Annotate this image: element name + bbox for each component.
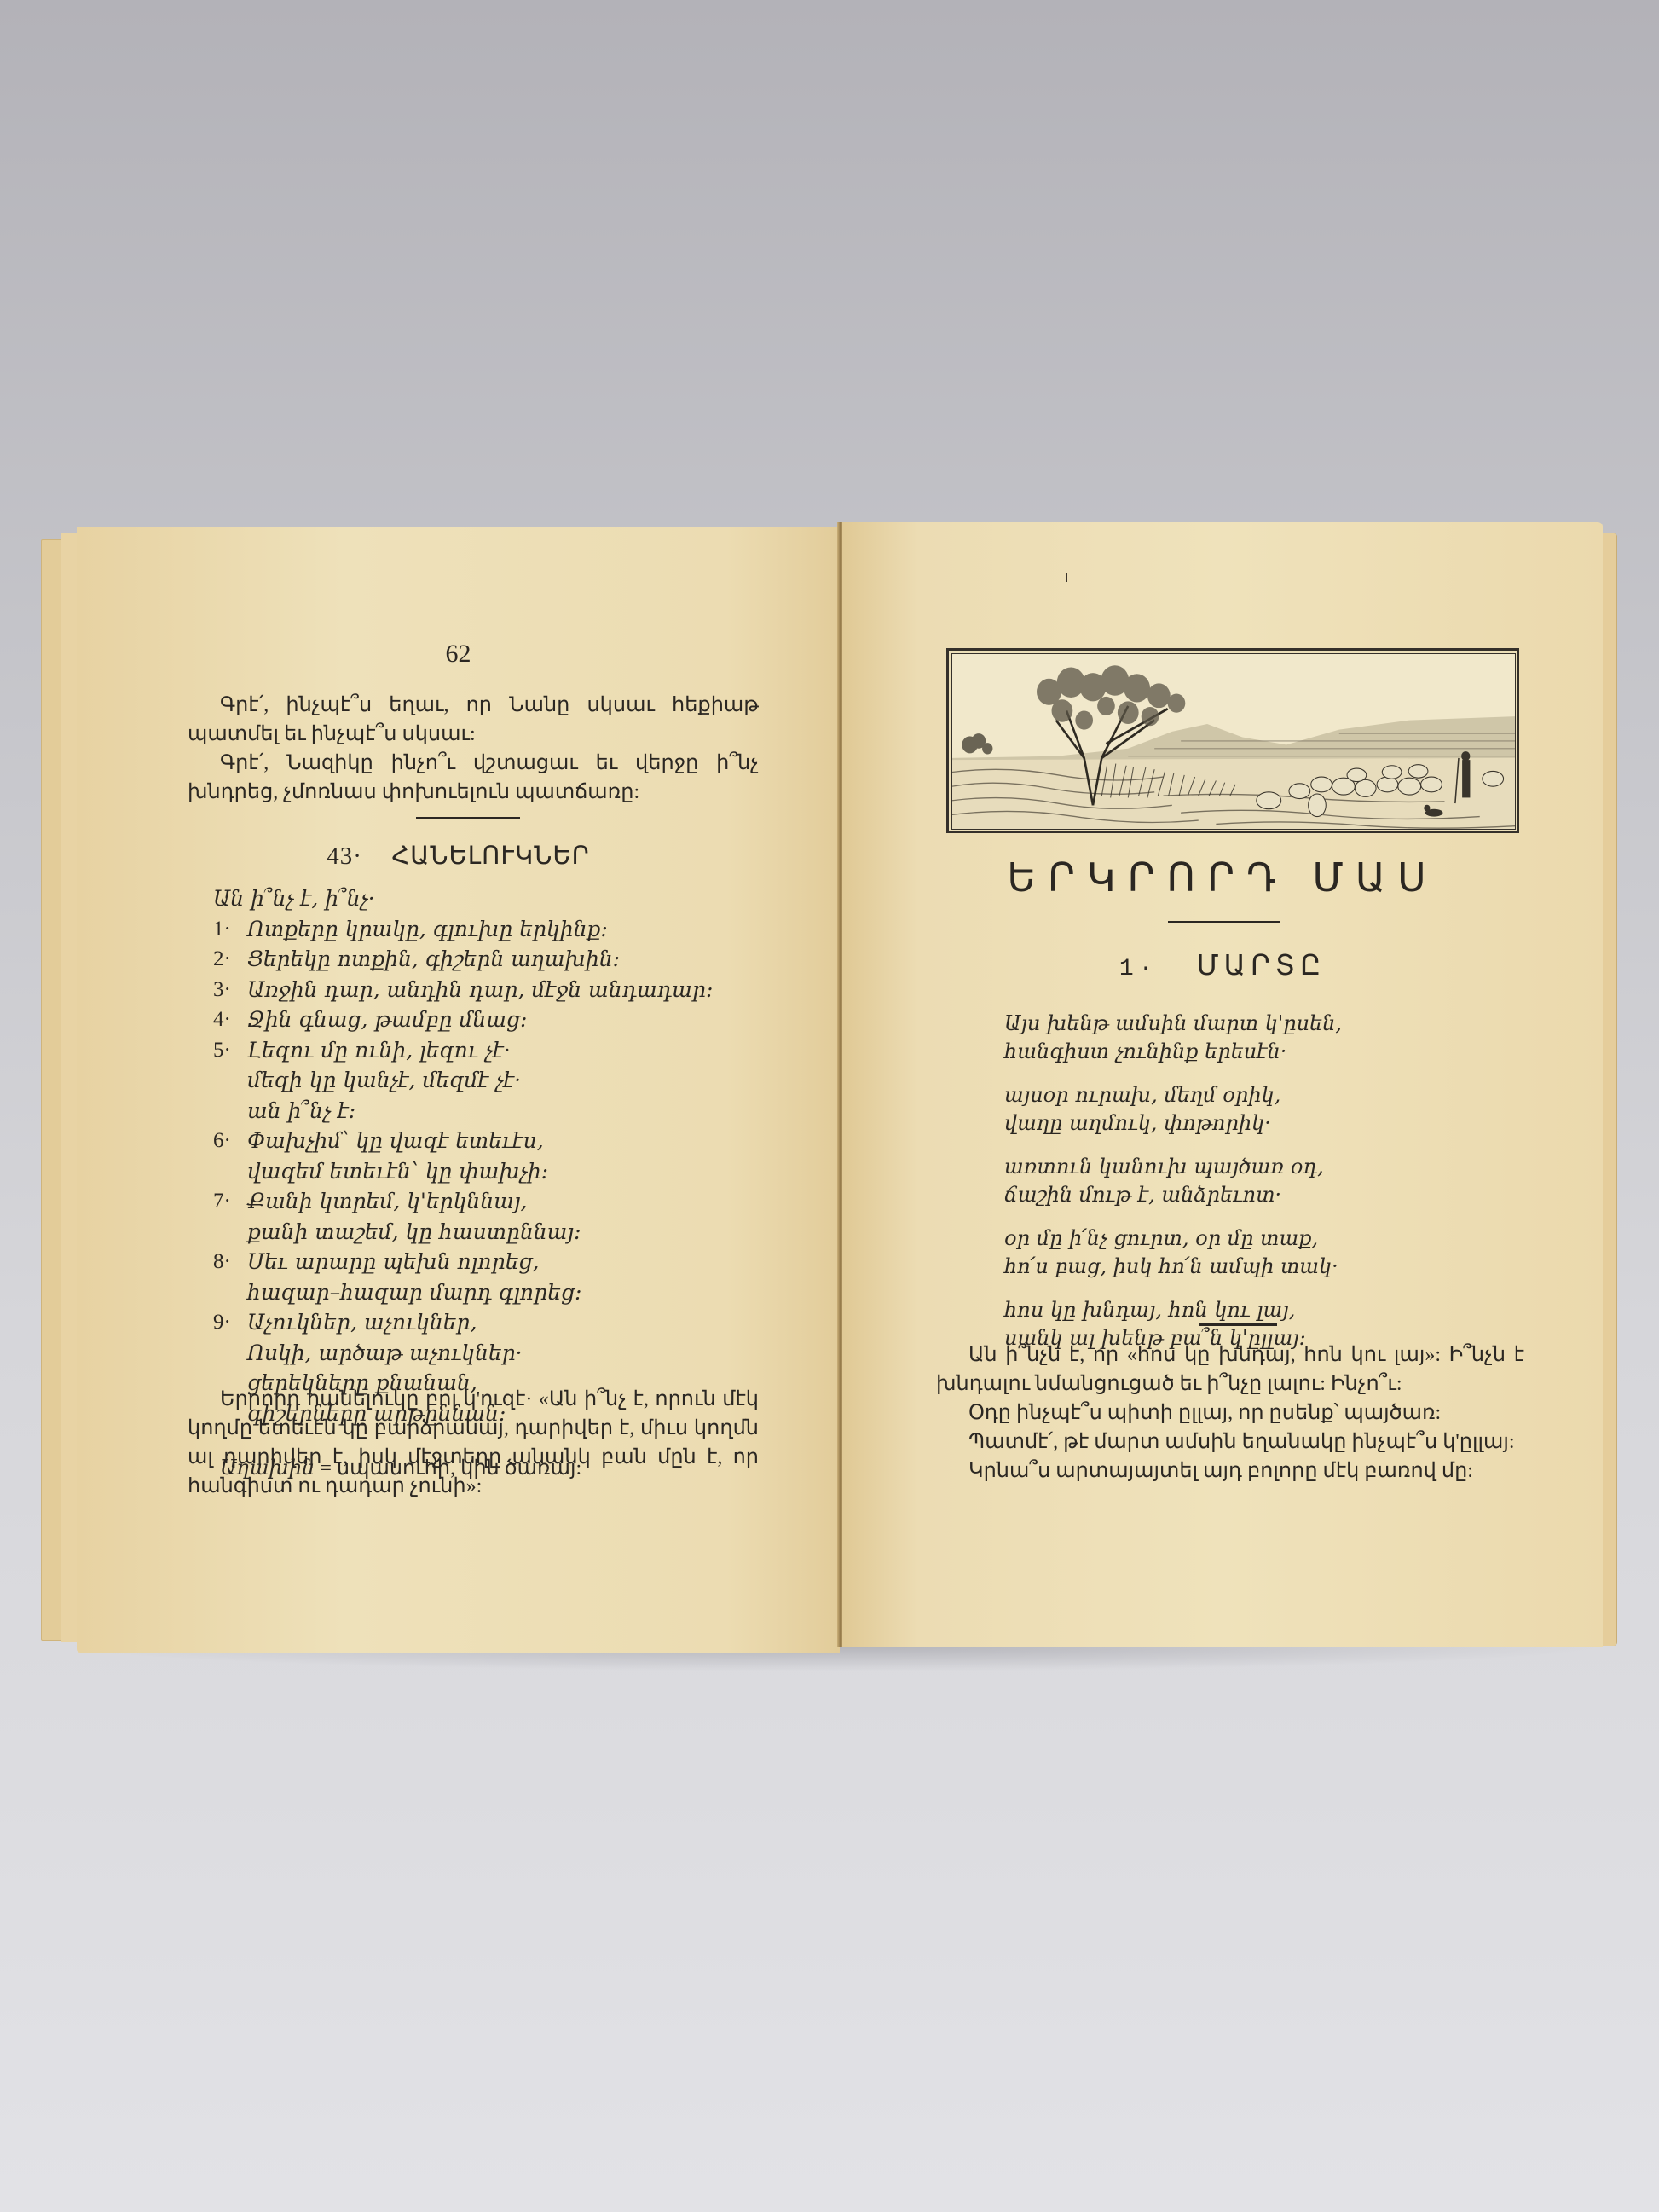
chapter-number: 1·: [1119, 956, 1159, 982]
poem-line: վաղը աղմուկ, փոթորիկ·: [1004, 1109, 1342, 1138]
riddle-list: Ան ի՞նչ է, ի՞նչ· 1·Ոտքերը կրակը, գլուխը …: [213, 883, 713, 1428]
riddle-line: Փախչիմ՝ կը վազէ ետեւէս,: [247, 1126, 544, 1156]
left-page: 62 Գրէ՛, ինչպէ՞ս եղաւ, որ Նանը սկսաւ հեք…: [77, 527, 840, 1653]
riddle-number: 8·: [213, 1247, 247, 1277]
part-title: ԵՐԿՐՈՐԴ ՄԱՍ: [842, 854, 1603, 900]
riddle-line: Ջին գնաց, թամբը մնաց:: [247, 1005, 527, 1035]
riddle-continuation: ան ի՞նչ է:: [213, 1096, 713, 1126]
question-text: Կրնա՞ս արտայայտել այդ բոլորը մէկ բառով մ…: [968, 1460, 1473, 1482]
poem-line: ճաշին մութ է, անձրեւոտ·: [1004, 1181, 1342, 1209]
question-paragraph: Օդը ինչպէ՞ս պիտի ըլլայ, որ ըսենք՝ պայծառ…: [936, 1398, 1524, 1427]
question-paragraph: Կրնա՞ս արտայայտել այդ բոլորը մէկ բառով մ…: [936, 1456, 1524, 1485]
riddle-line: մեզի կը կանչէ, մեզմէ չէ·: [247, 1065, 521, 1096]
question-text: Օդը ինչպէ՞ս պիտի ըլլայ, որ ըսենք՝ պայծառ…: [968, 1402, 1441, 1424]
riddle-number: 3·: [213, 975, 247, 1005]
question-paragraph: Պատմէ՛, թէ մարտ ամսին եղանակը ինչպէ՞ս կ'…: [936, 1427, 1524, 1456]
intro-paragraph-1-text: Գրէ՛, ինչպէ՞ս եղաւ, որ Նանը սկսաւ հեքիաթ…: [188, 694, 759, 745]
riddle-item: 3·Առջին դար, անդին դար, մէջն անդադար:: [213, 975, 713, 1005]
riddle-continuation: հազար–հազար մարդ գլորեց:: [213, 1277, 713, 1308]
poem-divider: [1199, 1323, 1277, 1326]
intro-paragraph-2-text: Գրէ՛, Նազիկը ինչո՞ւ վշտացաւ եւ վերջը ի՞ն…: [188, 752, 759, 803]
question-text: Պատմէ՛, թէ մարտ ամսին եղանակը ինչպէ՞ս կ'…: [968, 1431, 1515, 1453]
poem-line: այսօր ուրախ, մեղմ օրիկ,: [1004, 1081, 1342, 1109]
riddle-continuation: վազեմ ետեւէն՝ կը փախչի:: [213, 1156, 713, 1187]
riddle-line: Ցերեկը ոտքին, գիշերն աղախին:: [247, 944, 620, 975]
poem-line: Այս խենթ ամսին մարտ կ'ըսեն,: [1004, 1010, 1342, 1038]
riddle-line: Ոտքերը կրակը, գլուխը երկինք:: [247, 914, 608, 945]
riddle-number: 2·: [213, 944, 247, 975]
riddle-item: 5·Լեզու մը ունի, լեզու չէ·: [213, 1035, 713, 1066]
riddle-number: 9·: [213, 1307, 247, 1338]
riddles-intro-text: Ան ի՞նչ է, ի՞նչ·: [213, 883, 375, 914]
poem-line: հոս կը խնդայ, հոն կու լայ,: [1004, 1296, 1342, 1324]
question-paragraph: Ան ի՞նչն է, որ «հոս կը խնդայ, հոն կու լա…: [936, 1341, 1524, 1398]
landscape-icon: [952, 654, 1515, 829]
poem-stanza: օր մը ի՛նչ ցուրտ, օր մը տաք, հո՛ս բաց, ի…: [1004, 1225, 1342, 1281]
section-heading: 43· ՀԱՆԵԼՈՒԿՆԵՐ: [77, 841, 840, 871]
riddle-line: հազար–հազար մարդ գլորեց:: [247, 1277, 581, 1308]
riddle-number: 5·: [213, 1035, 247, 1066]
chapter-heading: 1· ՄԱՐՏԸ: [842, 948, 1603, 982]
riddle-number: 7·: [213, 1186, 247, 1217]
section-divider: [416, 817, 520, 819]
poem-stanza: Այս խենթ ամսին մարտ կ'ըսեն, հանգիստ չուն…: [1004, 1010, 1342, 1066]
page-mark: [1066, 573, 1067, 582]
footnote-definition: սպասուհի, կին ծառայ:: [337, 1457, 581, 1479]
riddle-line: ան ի՞նչ է:: [247, 1096, 355, 1126]
part-divider: [1168, 921, 1280, 923]
section-number: 43·: [327, 843, 362, 870]
right-page: ԵՐԿՐՈՐԴ ՄԱՍ 1· ՄԱՐՏԸ Այս խենթ ամսին մարտ…: [842, 522, 1603, 1647]
riddle-number: 6·: [213, 1126, 247, 1156]
riddle-line: Քանի կտրեմ, կ'երկննայ,: [247, 1186, 528, 1217]
riddle-line: քանի տաշեմ, կը հաստըննայ:: [247, 1217, 581, 1248]
chapter-title: ՄԱՐՏԸ: [1196, 948, 1326, 982]
riddle-number: 1·: [213, 914, 247, 945]
poem-stanza: այսօր ուրախ, մեղմ օրիկ, վաղը աղմուկ, փոթ…: [1004, 1081, 1342, 1138]
poem-line: հո՛ս բաց, իսկ հո՛ն ամպի տակ·: [1004, 1253, 1342, 1281]
footnote-term: Աղախին: [220, 1456, 315, 1479]
riddle-line: Առջին դար, անդին դար, մէջն անդադար:: [247, 975, 713, 1005]
riddle-continuation: մեզի կը կանչէ, մեզմէ չէ·: [213, 1065, 713, 1096]
riddle-line: Ոսկի, արծաթ աչուկներ·: [247, 1338, 523, 1369]
poem-line: օր մը ի՛նչ ցուրտ, օր մը տաք,: [1004, 1225, 1342, 1253]
riddle-item: 4·Ջին գնաց, թամբը մնաց:: [213, 1005, 713, 1035]
poem: Այս խենթ ամսին մարտ կ'ըսեն, հանգիստ չուն…: [1004, 1010, 1342, 1368]
intro-paragraph-1: Գրէ՛, ինչպէ՞ս եղաւ, որ Նանը սկսաւ հեքիաթ…: [188, 691, 759, 749]
riddle-line: վազեմ ետեւէն՝ կը փախչի:: [247, 1156, 548, 1187]
section-title: ՀԱՆԵԼՈՒԿՆԵՐ: [391, 841, 589, 870]
riddle-item: 6·Փախչիմ՝ կը վազէ ետեւէս,: [213, 1126, 713, 1156]
riddle-item: 8·Սեւ արարը պեխն ոլորեց,: [213, 1247, 713, 1277]
riddle-item: 1·Ոտքերը կրակը, գլուխը երկինք:: [213, 914, 713, 945]
poem-line: առտուն կանուխ պայծառ օդ,: [1004, 1153, 1342, 1181]
poem-line: հանգիստ չունինք երեսէն·: [1004, 1038, 1342, 1066]
riddles-intro: Ան ի՞նչ է, ի՞նչ·: [213, 883, 713, 914]
poem-stanza: առտուն կանուխ պայծառ օդ, ճաշին մութ է, ա…: [1004, 1153, 1342, 1209]
page-number: 62: [77, 640, 840, 669]
riddle-line: Սեւ արարը պեխն ոլորեց,: [247, 1247, 539, 1277]
riddle-line: Աչուկներ, աչուկներ,: [247, 1307, 477, 1338]
riddle-item: 9·Աչուկներ, աչուկներ,: [213, 1307, 713, 1338]
riddle-line: Լեզու մը ունի, լեզու չէ·: [247, 1035, 511, 1066]
closing-paragraph: Երրորդ հանելուկը բոլ կ'ուզէ· «Ան ի՞նչ է,…: [188, 1385, 759, 1501]
riddle-item: 2·Ցերեկը ոտքին, գիշերն աղախին:: [213, 944, 713, 975]
question-text: Ան ի՞նչն է, որ «հոս կը խնդայ, հոն կու լա…: [936, 1344, 1524, 1395]
riddle-number: 4·: [213, 1005, 247, 1035]
intro-paragraph-2: Գրէ՛, Նազիկը ինչո՞ւ վշտացաւ եւ վերջը ի՞ն…: [188, 749, 759, 807]
footnote-equals: =: [320, 1457, 332, 1479]
footnote: Աղախին = սպասուհի, կին ծառայ:: [188, 1453, 759, 1483]
riddle-continuation: քանի տաշեմ, կը հաստըննայ:: [213, 1217, 713, 1248]
riddle-item: 7·Քանի կտրեմ, կ'երկննայ,: [213, 1186, 713, 1217]
landscape-engraving: [946, 648, 1519, 833]
riddle-continuation: Ոսկի, արծաթ աչուկներ·: [213, 1338, 713, 1369]
